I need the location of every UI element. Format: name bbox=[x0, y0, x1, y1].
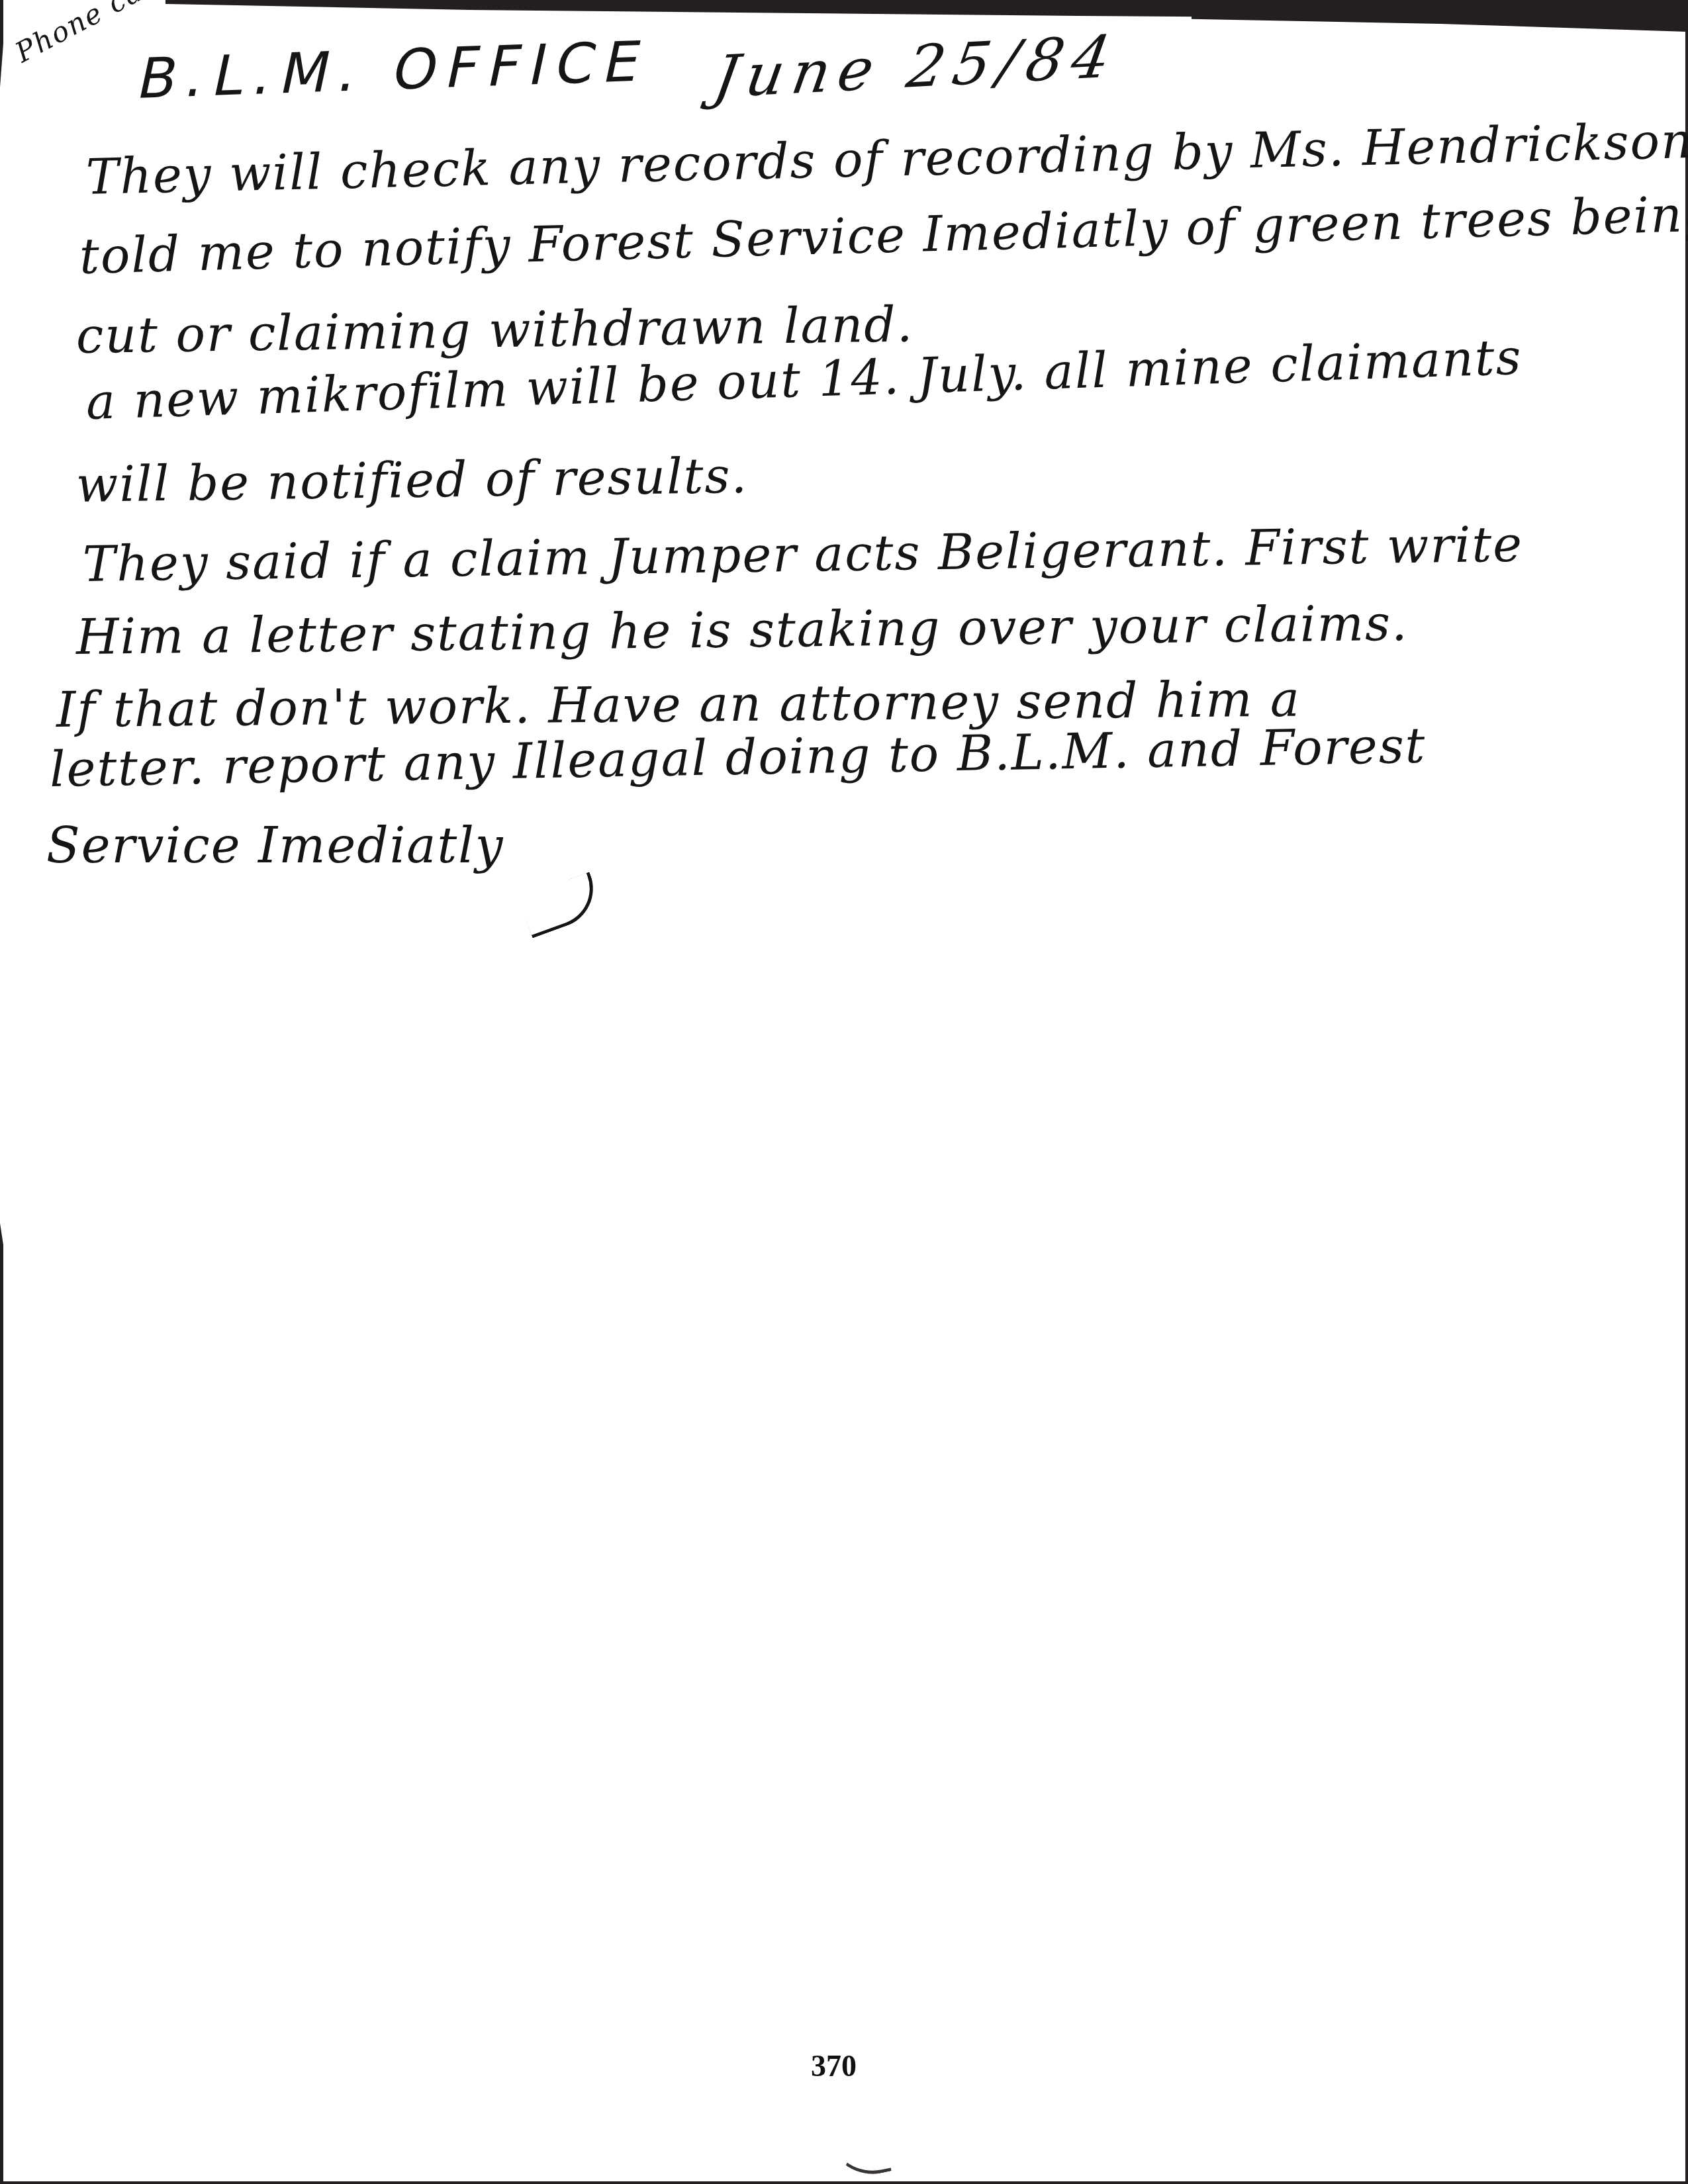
note-line: Service Imediatly bbox=[46, 817, 504, 874]
header-date: June 25/84 bbox=[710, 23, 1123, 111]
scan-left-edge bbox=[0, 0, 3, 2184]
signature-flourish bbox=[518, 872, 604, 938]
scan-smudge bbox=[825, 2116, 892, 2183]
header-office: B.L.M. OFFICE bbox=[132, 28, 657, 111]
note-line: They said if a claim Jumper acts Beliger… bbox=[82, 516, 1523, 593]
scan-right-edge bbox=[1685, 0, 1688, 2184]
page-number: 370 bbox=[811, 2048, 857, 2083]
note-line: They will check any records of recording… bbox=[85, 112, 1688, 206]
scan-top-shadow-right bbox=[1192, 0, 1688, 32]
note-line: Him a letter stating he is staking over … bbox=[76, 595, 1409, 666]
scan-bottom-edge bbox=[0, 2181, 1688, 2184]
note-line: will be notified of results. bbox=[75, 447, 748, 514]
